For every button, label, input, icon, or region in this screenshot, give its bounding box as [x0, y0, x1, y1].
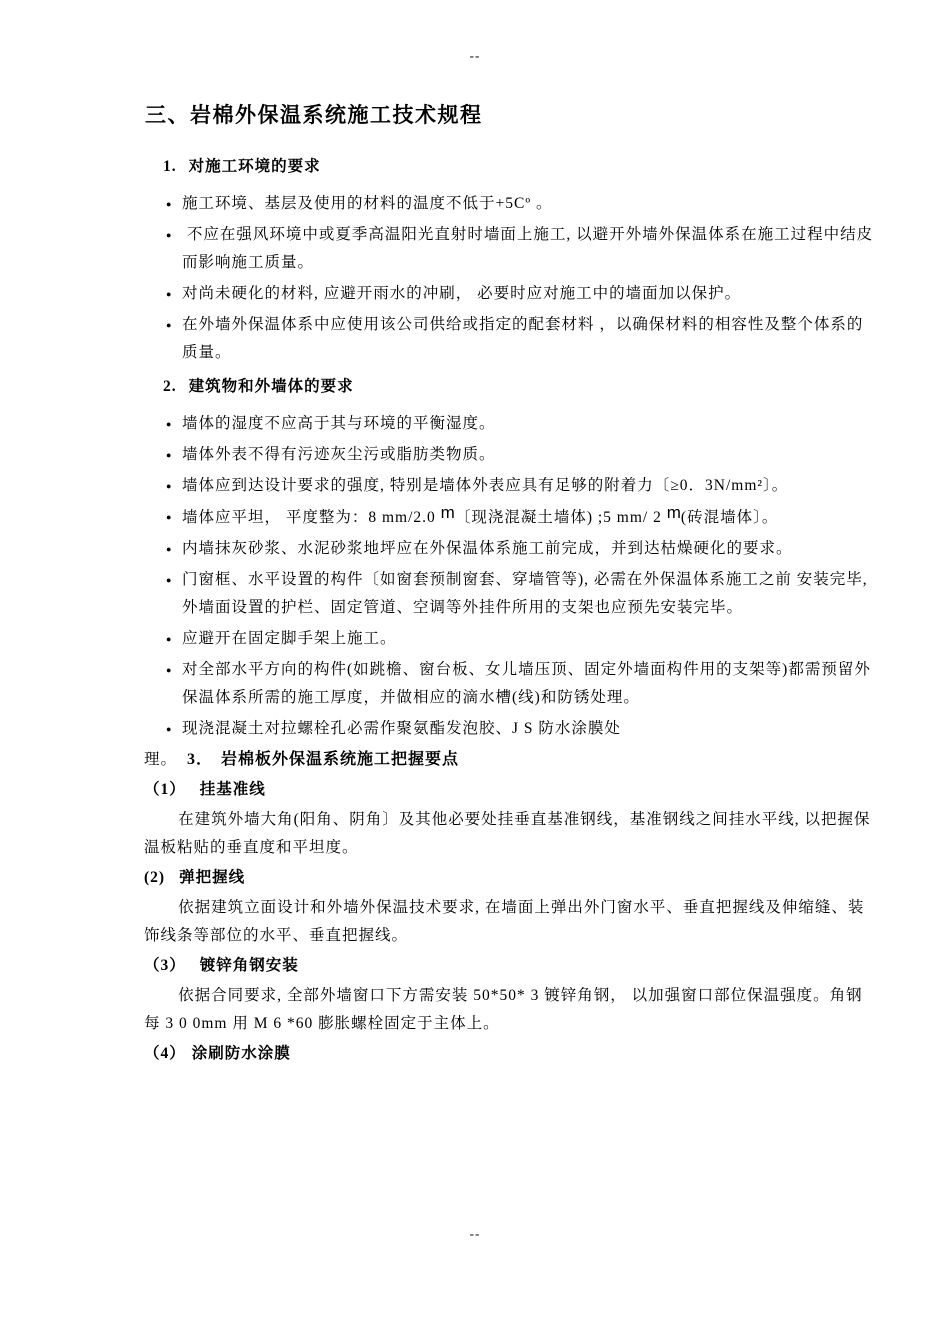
- bullet-text: 墙体应到达设计要求的强度, 特别是墙体外表应具有足够的附着力〔≥0．3N/mm²…: [182, 477, 788, 494]
- bullet-text: 现浇混凝土对拉螺栓孔必需作聚氨酯发泡胶、J S 防水涂膜处: [182, 720, 621, 737]
- wrapped-text: 理。: [144, 751, 177, 768]
- section-3-title: 岩棉板外保温系统施工把握要点: [221, 751, 459, 768]
- subsection-2-heading: (2)弹把握线: [130, 866, 874, 890]
- bullet-text: 墙体的湿度不应高于其与环境的平衡湿度。: [182, 415, 496, 432]
- subsection-4-label: （4）: [144, 1045, 186, 1062]
- bullet-icon: ●: [166, 715, 172, 743]
- bullet-icon: ●: [166, 410, 172, 438]
- bullet-icon: ●: [166, 221, 172, 249]
- bullet-text: 不应在强风环境中或夏季高温阳光直射时墙面上施工, 以避开外墙外保温体系在施工过程…: [182, 226, 873, 271]
- document-page: -- 三、岩棉外保温系统施工技术规程 1.对施工环境的要求 ● 施工环境、基层及…: [0, 0, 950, 1344]
- bullet-text: 门窗框、水平设置的构件〔如窗套预制窗套、穿墙管等), 必需在外保温体系施工之前 …: [182, 571, 868, 616]
- bullet-item: ● 对全部水平方向的构件(如跳檐、窗台板、女儿墙压顶、固定外墙面构件用的支架等)…: [130, 656, 874, 712]
- bullet-item: ● 墙体应到达设计要求的强度, 特别是墙体外表应具有足够的附着力〔≥0．3N/m…: [130, 472, 874, 500]
- bullet-text: 应避开在固定脚手架上施工。: [182, 630, 397, 647]
- section-1-number: 1.: [163, 158, 177, 175]
- bullet-text: 对全部水平方向的构件(如跳檐、窗台板、女儿墙压顶、固定外墙面构件用的支架等)都需…: [182, 661, 871, 706]
- bullet-item: ● 对尚未硬化的材料, 应避开雨水的冲刷， 必要时应对施工中的墙面加以保护。: [130, 280, 874, 308]
- section-1-heading: 1.对施工环境的要求: [163, 155, 874, 179]
- bullet-icon: ●: [166, 441, 172, 469]
- section-2-heading: 2.建筑物和外墙体的要求: [163, 375, 874, 399]
- document-content: 三、岩棉外保温系统施工技术规程 1.对施工环境的要求 ● 施工环境、基层及使用的…: [130, 88, 874, 1070]
- section-3-heading-line: 理。3．岩棉板外保温系统施工把握要点: [130, 746, 874, 774]
- bullet-item: ● 不应在强风环境中或夏季高温阳光直射时墙面上施工, 以避开外墙外保温体系在施工…: [130, 221, 874, 277]
- bullet-icon: ●: [166, 280, 172, 308]
- subsection-1-heading: （1）挂基准线: [130, 778, 874, 802]
- meter-unit: m: [441, 503, 455, 522]
- subsection-3-heading: （3）镀锌角钢安装: [130, 954, 874, 978]
- bullet-icon: ●: [166, 625, 172, 653]
- bullet-text: 墙体外表不得有污迹灰尘污或脂肪类物质。: [182, 446, 496, 463]
- section-3-number: 3．: [187, 751, 213, 768]
- bullet-text: 对尚未硬化的材料, 应避开雨水的冲刷， 必要时应对施工中的墙面加以保护。: [182, 285, 741, 302]
- bullet-text: 施工环境、基层及使用的材料的温度不低于+5Cº 。: [182, 195, 553, 212]
- page-header-mark: --: [0, 48, 950, 64]
- subsection-4-heading: （4）涂刷防水涂膜: [130, 1042, 874, 1066]
- bullet-text: 内墙抹灰砂浆、水泥砂浆地坪应在外保温体系施工前完成，并到达枯燥硬化的要求。: [182, 540, 793, 557]
- subsection-3-body: 依据合同要求, 全部外墙窗口下方需安装 50*50* 3 镀锌角钢， 以加强窗口…: [130, 982, 874, 1038]
- document-title: 三、岩棉外保温系统施工技术规程: [145, 102, 874, 128]
- subsection-4-title: 涂刷防水涂膜: [192, 1045, 291, 1062]
- bullet-icon: ●: [166, 503, 172, 531]
- page-footer-mark: --: [0, 1226, 950, 1242]
- bullet-item: ● 墙体外表不得有污迹灰尘污或脂肪类物质。: [130, 441, 874, 469]
- subsection-3-label: （3）: [144, 957, 186, 974]
- bullet-icon: ●: [166, 190, 172, 218]
- bullet-item: ● 现浇混凝土对拉螺栓孔必需作聚氨酯发泡胶、J S 防水涂膜处: [130, 715, 874, 743]
- bullet-item-flatness: ● 墙体应平坦， 平度整为：8 mm/2.0 m〔现浇混凝土墙体) ;5 mm/…: [130, 503, 874, 532]
- flatness-part2: 〔现浇混凝土墙体) ;5 mm/ 2: [455, 509, 667, 526]
- bullet-item: ● 施工环境、基层及使用的材料的温度不低于+5Cº 。: [130, 190, 874, 218]
- bullet-text: 在外墙外保温体系中应使用该公司供给或指定的配套材料 ，以确保材料的相容性及整个体…: [182, 316, 863, 361]
- bullet-item: ● 内墙抹灰砂浆、水泥砂浆地坪应在外保温体系施工前完成，并到达枯燥硬化的要求。: [130, 535, 874, 563]
- subsection-2-body: 依据建筑立面设计和外墙外保温技术要求, 在墙面上弹出外门窗水平、垂直把握线及伸缩…: [130, 894, 874, 950]
- section-1-title: 对施工环境的要求: [189, 158, 321, 175]
- section-2-title: 建筑物和外墙体的要求: [189, 378, 354, 395]
- bullet-item: ● 墙体的湿度不应高于其与环境的平衡湿度。: [130, 410, 874, 438]
- bullet-item: ● 应避开在固定脚手架上施工。: [130, 625, 874, 653]
- subsection-2-title: 弹把握线: [179, 869, 245, 886]
- bullet-item: ● 在外墙外保温体系中应使用该公司供给或指定的配套材料 ，以确保材料的相容性及整…: [130, 311, 874, 367]
- subsection-3-title: 镀锌角钢安装: [200, 957, 299, 974]
- subsection-2-label: (2): [144, 869, 165, 886]
- section-2-number: 2.: [163, 378, 177, 395]
- bullet-icon: ●: [166, 656, 172, 684]
- bullet-item: ● 门窗框、水平设置的构件〔如窗套预制窗套、穿墙管等), 必需在外保温体系施工之…: [130, 566, 874, 622]
- flatness-part1: 墙体应平坦， 平度整为：8 mm/2.0: [182, 509, 441, 526]
- bullet-text: 墙体应平坦， 平度整为：8 mm/2.0 m〔现浇混凝土墙体) ;5 mm/ 2…: [182, 509, 778, 526]
- bullet-icon: ●: [166, 472, 172, 500]
- bullet-icon: ●: [166, 535, 172, 563]
- subsection-1-title: 挂基准线: [200, 781, 266, 798]
- bullet-icon: ●: [166, 311, 172, 339]
- subsection-1-body: 在建筑外墙大角(阳角、阴角〕及其他必要处挂垂直基准钢线，基准钢线之间挂水平线, …: [130, 806, 874, 862]
- bullet-icon: ●: [166, 566, 172, 594]
- flatness-part3: (砖混墙体〕。: [681, 509, 778, 526]
- subsection-1-label: （1）: [144, 781, 186, 798]
- meter-unit: m: [667, 503, 681, 522]
